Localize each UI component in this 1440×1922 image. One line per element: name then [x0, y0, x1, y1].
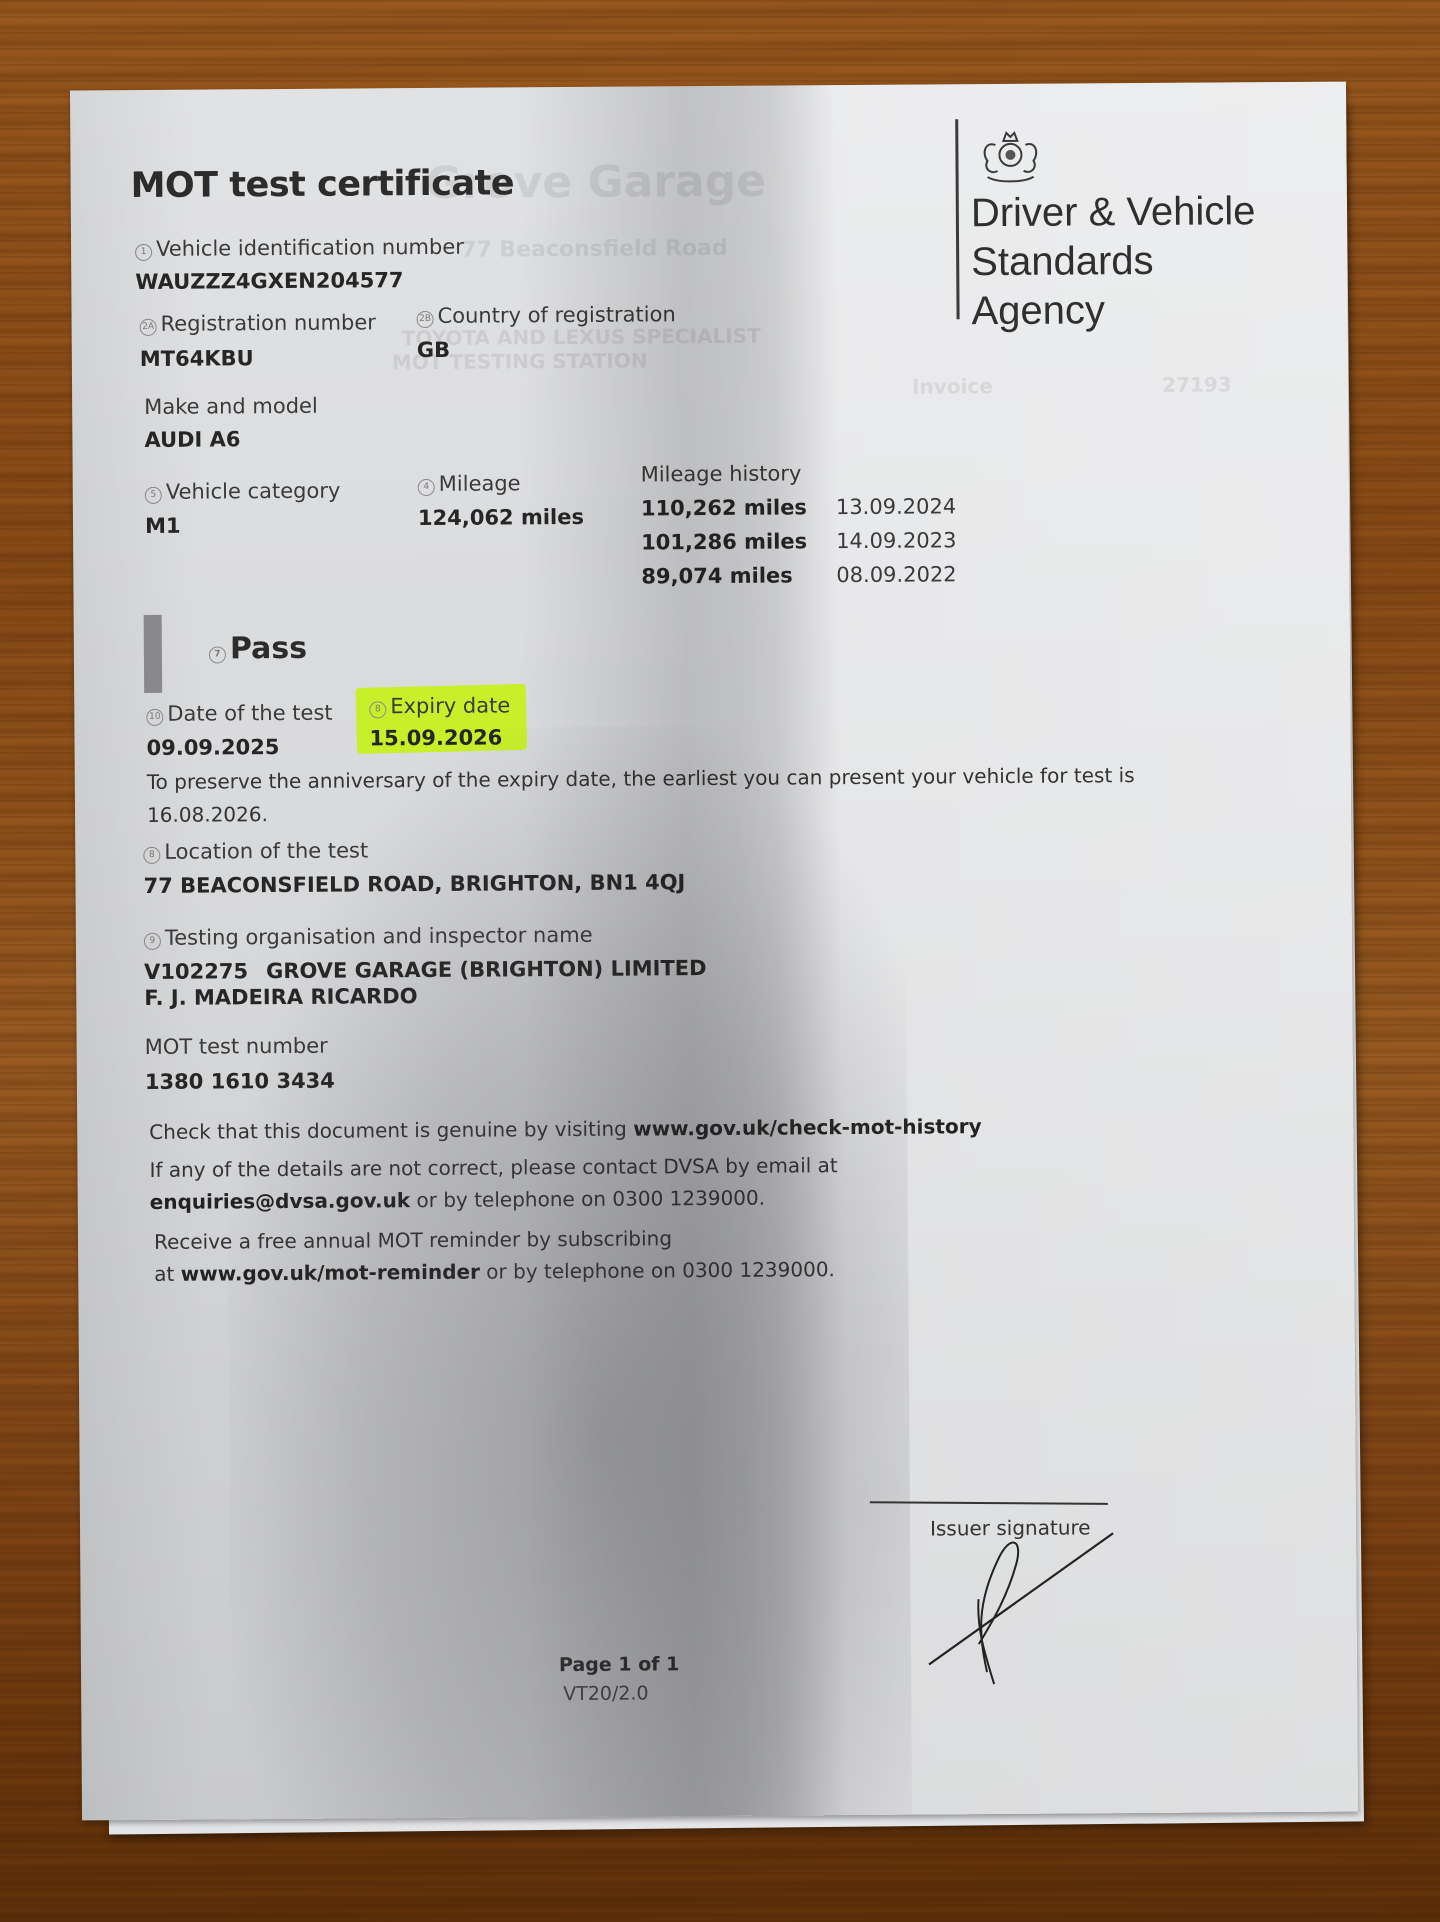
country-label: 2BCountry of registration [416, 302, 675, 328]
form-code: VT20/2.0 [563, 1682, 649, 1705]
dvsa-name-line: Agency [971, 285, 1256, 336]
mileage-history-label: Mileage history [641, 461, 802, 486]
field-marker-icon: 9 [144, 933, 161, 950]
mot-reminder-link[interactable]: www.gov.uk/mot-reminder [181, 1260, 480, 1286]
make-model-value: AUDI A6 [144, 427, 240, 452]
bleed-through-invoice-number: 27193 [1162, 372, 1232, 396]
vin-value: WAUZZZ4GXEN204577 [135, 268, 403, 294]
page-number: Page 1 of 1 [559, 1653, 679, 1676]
field-marker-icon: 7 [209, 646, 226, 663]
genuine-notice-text: Check that this document is genuine by v… [149, 1117, 633, 1144]
mileage-label-text: Mileage [439, 471, 521, 496]
vin-label: 1Vehicle identification number [135, 235, 464, 261]
royal-coat-of-arms-icon [973, 123, 1047, 188]
contact-notice-rest: or by telephone on 0300 1239000. [410, 1186, 765, 1212]
field-marker-icon: 4 [418, 479, 435, 496]
history-date: 14.09.2023 [836, 528, 956, 553]
organisation-label: 9Testing organisation and inspector name [144, 923, 593, 950]
expiry-date-label: 8Expiry date [369, 693, 510, 718]
reminder-notice-line1: Receive a free annual MOT reminder by su… [154, 1226, 672, 1254]
mot-certificate-page: Grove Garage 77 Beaconsfield Road TOYOTA… [70, 82, 1358, 1821]
organisation-label-text: Testing organisation and inspector name [165, 923, 593, 950]
field-marker-icon: 10 [146, 709, 163, 726]
dvsa-email-link[interactable]: enquiries@dvsa.gov.uk [150, 1188, 411, 1214]
mileage-history-row: 101,286 miles14.09.2023 [641, 528, 956, 564]
history-date: 13.09.2024 [836, 494, 956, 519]
mileage-label: 4Mileage [418, 471, 521, 496]
contact-notice-line2: enquiries@dvsa.gov.uk or by telephone on… [150, 1186, 765, 1214]
anniversary-note-line2: 16.08.2026. [147, 802, 268, 827]
inspector-name: F. J. MADEIRA RICARDO [144, 984, 417, 1010]
organisation-value: V102275GROVE GARAGE (BRIGHTON) LIMITED [144, 956, 707, 984]
vehicle-category-value: M1 [145, 514, 181, 538]
test-date-label: 10Date of the test [146, 701, 332, 726]
reminder-notice-line2: at www.gov.uk/mot-reminder or by telepho… [154, 1257, 835, 1286]
test-number-label: MOT test number [145, 1034, 328, 1059]
history-miles: 101,286 miles [641, 529, 836, 554]
reminder-rest: or by telephone on 0300 1239000. [480, 1257, 835, 1283]
expiry-date-value: 15.09.2026 [369, 725, 502, 750]
vehicle-category-label-text: Vehicle category [166, 479, 341, 504]
field-marker-icon: 1 [135, 244, 152, 261]
mileage-history-list: 110,262 miles13.09.2024 101,286 miles14.… [641, 494, 957, 598]
dvsa-name-line: Standards [971, 236, 1256, 287]
organisation-name: GROVE GARAGE (BRIGHTON) LIMITED [266, 956, 707, 983]
country-label-text: Country of registration [437, 302, 675, 328]
field-marker-icon: 2B [417, 311, 434, 328]
vin-label-text: Vehicle identification number [156, 235, 464, 261]
test-result-text: Pass [230, 631, 307, 667]
registration-label: 2ARegistration number [140, 310, 376, 336]
dvsa-name: Driver & Vehicle Standards Agency [971, 187, 1257, 336]
field-marker-icon: 8 [369, 701, 386, 718]
mileage-value: 124,062 miles [418, 505, 584, 530]
genuine-notice: Check that this document is genuine by v… [149, 1114, 982, 1144]
bleed-through-invoice-label: Invoice [912, 374, 993, 399]
test-date-label-text: Date of the test [167, 701, 332, 726]
history-miles: 89,074 miles [641, 563, 836, 588]
check-mot-history-link[interactable]: www.gov.uk/check-mot-history [633, 1114, 982, 1140]
reminder-prefix: at [154, 1262, 181, 1286]
photo-shadow-band [70, 82, 1358, 1821]
signature-label: Issuer signature [930, 1515, 1091, 1540]
history-date: 08.09.2022 [836, 562, 956, 587]
contact-notice-line1: If any of the details are not correct, p… [149, 1153, 837, 1182]
field-marker-icon: 5 [145, 487, 162, 504]
registration-label-text: Registration number [161, 310, 376, 336]
test-number-value: 1380 1610 3434 [145, 1069, 335, 1094]
page-title: MOT test certificate [131, 163, 515, 206]
location-label-text: Location of the test [164, 838, 368, 863]
make-model-label: Make and model [144, 394, 318, 419]
anniversary-note-line1: To preserve the anniversary of the expir… [147, 763, 1135, 794]
test-result: 7Pass [209, 631, 307, 667]
result-bar [144, 615, 163, 693]
test-date-value: 09.09.2025 [146, 735, 279, 760]
bleed-through-line: 77 Beaconsfield Road [461, 236, 728, 263]
signature-icon [898, 1523, 1129, 1690]
history-miles: 110,262 miles [641, 495, 836, 520]
logo-divider [955, 119, 959, 319]
country-value: GB [417, 338, 450, 362]
signature-line [870, 1501, 1108, 1505]
expiry-date-label-text: Expiry date [390, 693, 510, 718]
field-marker-icon: 8 [143, 847, 160, 864]
mileage-history-row: 89,074 miles08.09.2022 [641, 562, 956, 598]
field-marker-icon: 2A [140, 319, 157, 336]
location-label: 8Location of the test [143, 838, 368, 864]
mileage-history-row: 110,262 miles13.09.2024 [641, 494, 956, 530]
registration-value: MT64KBU [140, 346, 254, 371]
location-value: 77 BEACONSFIELD ROAD, BRIGHTON, BN1 4QJ [143, 870, 685, 898]
site-number: V102275 [144, 959, 248, 984]
dvsa-name-line: Driver & Vehicle [971, 187, 1256, 238]
vehicle-category-label: 5Vehicle category [145, 479, 341, 504]
